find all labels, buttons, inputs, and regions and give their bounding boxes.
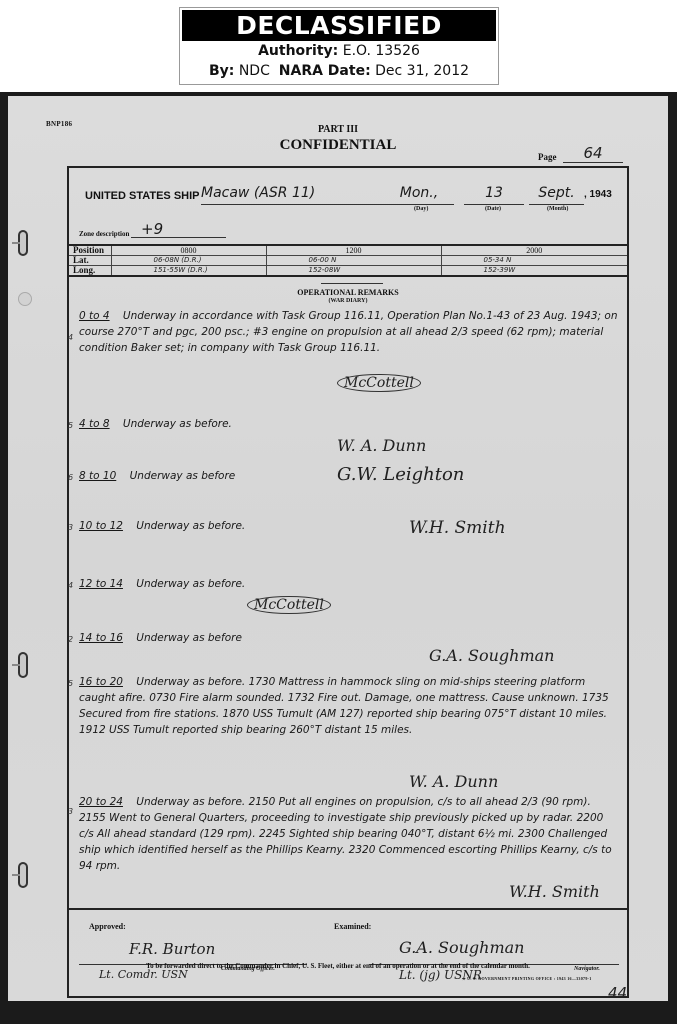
remark-text: Underway in accordance with Task Group 1… [79,310,618,354]
day-label: (Day) [414,206,428,212]
time-header-1200: 1200 [266,245,441,256]
declassified-stamp: DECLASSIFIED Authority: E.O. 13526 By: N… [179,7,499,85]
officer-signature: McCottell [247,596,331,614]
scanned-document: BNP186 PART III CONFIDENTIAL Page 64 UNI… [0,92,677,1024]
binding-hole-icon [18,652,28,678]
margin-number: 2 [68,632,73,648]
remark-entry: 3 20 to 24 Underway as before. 2150 Put … [79,794,619,874]
binding-hole-icon [18,862,28,888]
officer-signature: G.W. Leighton [337,464,464,485]
war-diary-form: UNITED STATES SHIP Macaw (ASR 11) Mon., … [67,166,629,998]
watch-period: 16 to 20 [79,676,123,688]
margin-number: 3 [68,804,73,820]
stamp-authority: Authority: E.O. 13526 [180,41,498,61]
lat-label: Lat. [69,256,111,266]
approved-label: Approved: [89,922,126,931]
by-value: NDC [239,63,270,79]
stamp-title: DECLASSIFIED [182,10,496,41]
remark-entry: 5 4 to 8 Underway as before. [79,416,619,432]
remark-entry: 2 14 to 16 Underway as before [79,630,619,646]
page-number: 64 [563,144,623,163]
margin-number: 5 [68,418,73,434]
officer-signature: McCottell [337,374,421,392]
remark-entry: 4 12 to 14 Underway as before. [79,576,619,592]
lat-0800: 06-08N (D.R.) [111,256,266,266]
month-value: Sept. [529,185,584,205]
position-table: Position 0800 1200 2000 Lat. 06-08N (D.R… [69,244,627,277]
forwarding-instruction: To be forwarded direct to the Commander … [8,962,668,970]
lat-1200: 06-00 N [266,256,441,266]
authority-value: E.O. 13526 [343,43,420,59]
longitude-row: Long. 151-55W (D.R.) 152-08W 152-39W [69,266,627,277]
by-label: By: [209,63,234,79]
watch-period: 12 to 14 [79,578,123,590]
long-2000: 152-39W [441,266,627,277]
watch-period: 4 to 8 [79,418,110,430]
officer-signature: W. A. Dunn [409,772,498,791]
remarks-title: OPERATIONAL REMARKS [69,288,627,297]
date-label: (Date) [485,206,501,212]
remark-text: Underway as before. [136,578,245,590]
margin-number: 4 [68,330,73,346]
navigator-signature: G.A. Soughman [399,938,524,957]
stamp-nara: By: NDC NARA Date: Dec 31, 2012 [180,61,498,81]
zone-label: Zone description [79,230,129,238]
long-1200: 152-08W [266,266,441,277]
remark-entry: 5 16 to 20 Underway as before. 1730 Matt… [79,674,619,738]
remarks-subtitle: (WAR DIARY) [69,298,627,304]
watch-period: 10 to 12 [79,520,123,532]
paper-sheet: BNP186 PART III CONFIDENTIAL Page 64 UNI… [8,96,668,1001]
page-label: Page [538,152,557,162]
part-heading: PART III [8,124,668,135]
time-header-0800: 0800 [111,245,266,256]
examined-label: Examined: [334,922,371,931]
printer-imprint: ☆ U. S. GOVERNMENT PRINTING OFFICE : 194… [462,976,592,981]
remark-text: Underway as before [136,632,242,644]
watch-period: 8 to 10 [79,470,116,482]
day-value: Mon., [384,185,454,205]
approval-section: Approved: F.R. Burton Lt. Comdr. USN Com… [69,908,627,996]
ship-label: UNITED STATES SHIP [85,190,200,202]
remark-text: Underway as before. 1730 Mattress in ham… [79,676,609,736]
lat-2000: 05-34 N [441,256,627,266]
authority-label: Authority: [258,43,338,59]
remark-text: Underway as before. [123,418,232,430]
commanding-officer-signature: F.R. Burton [129,940,215,958]
divider [321,283,383,284]
time-header-2000: 2000 [441,245,627,256]
date-value: 13 [464,185,524,205]
punch-hole-icon [18,292,32,306]
nara-value: Dec 31, 2012 [375,63,469,79]
officer-signature: W. A. Dunn [337,436,426,455]
officer-signature: W.H. Smith [509,882,600,901]
zone-value: +9 [131,220,226,238]
position-header-row: Position 0800 1200 2000 [69,245,627,256]
remark-text: Underway as before. [136,520,245,532]
nara-label: NARA Date: [279,63,371,79]
remark-entry: 4 0 to 4 Underway in accordance with Tas… [79,308,619,356]
long-label: Long. [69,266,111,277]
margin-number: 3 [68,520,73,536]
watch-period: 0 to 4 [79,310,110,322]
margin-number: 5 [68,676,73,692]
year-value: , 1943 [584,189,612,200]
officer-signature: G.A. Soughman [429,646,554,665]
watch-period: 20 to 24 [79,796,123,808]
month-label: (Month) [547,206,568,212]
position-header: Position [69,245,111,256]
archive-page-number: 44 [608,984,627,1002]
long-0800: 151-55W (D.R.) [111,266,266,277]
watch-period: 14 to 16 [79,632,123,644]
binding-hole-icon [18,230,28,256]
margin-number: 4 [68,578,73,594]
latitude-row: Lat. 06-08N (D.R.) 06-00 N 05-34 N [69,256,627,266]
margin-number: 6 [68,470,73,486]
remark-text: Underway as before. 2150 Put all engines… [79,796,612,872]
remark-entry: 3 10 to 12 Underway as before. [79,518,619,534]
officer-signature: W.H. Smith [409,518,506,538]
remark-text: Underway as before [130,470,236,482]
